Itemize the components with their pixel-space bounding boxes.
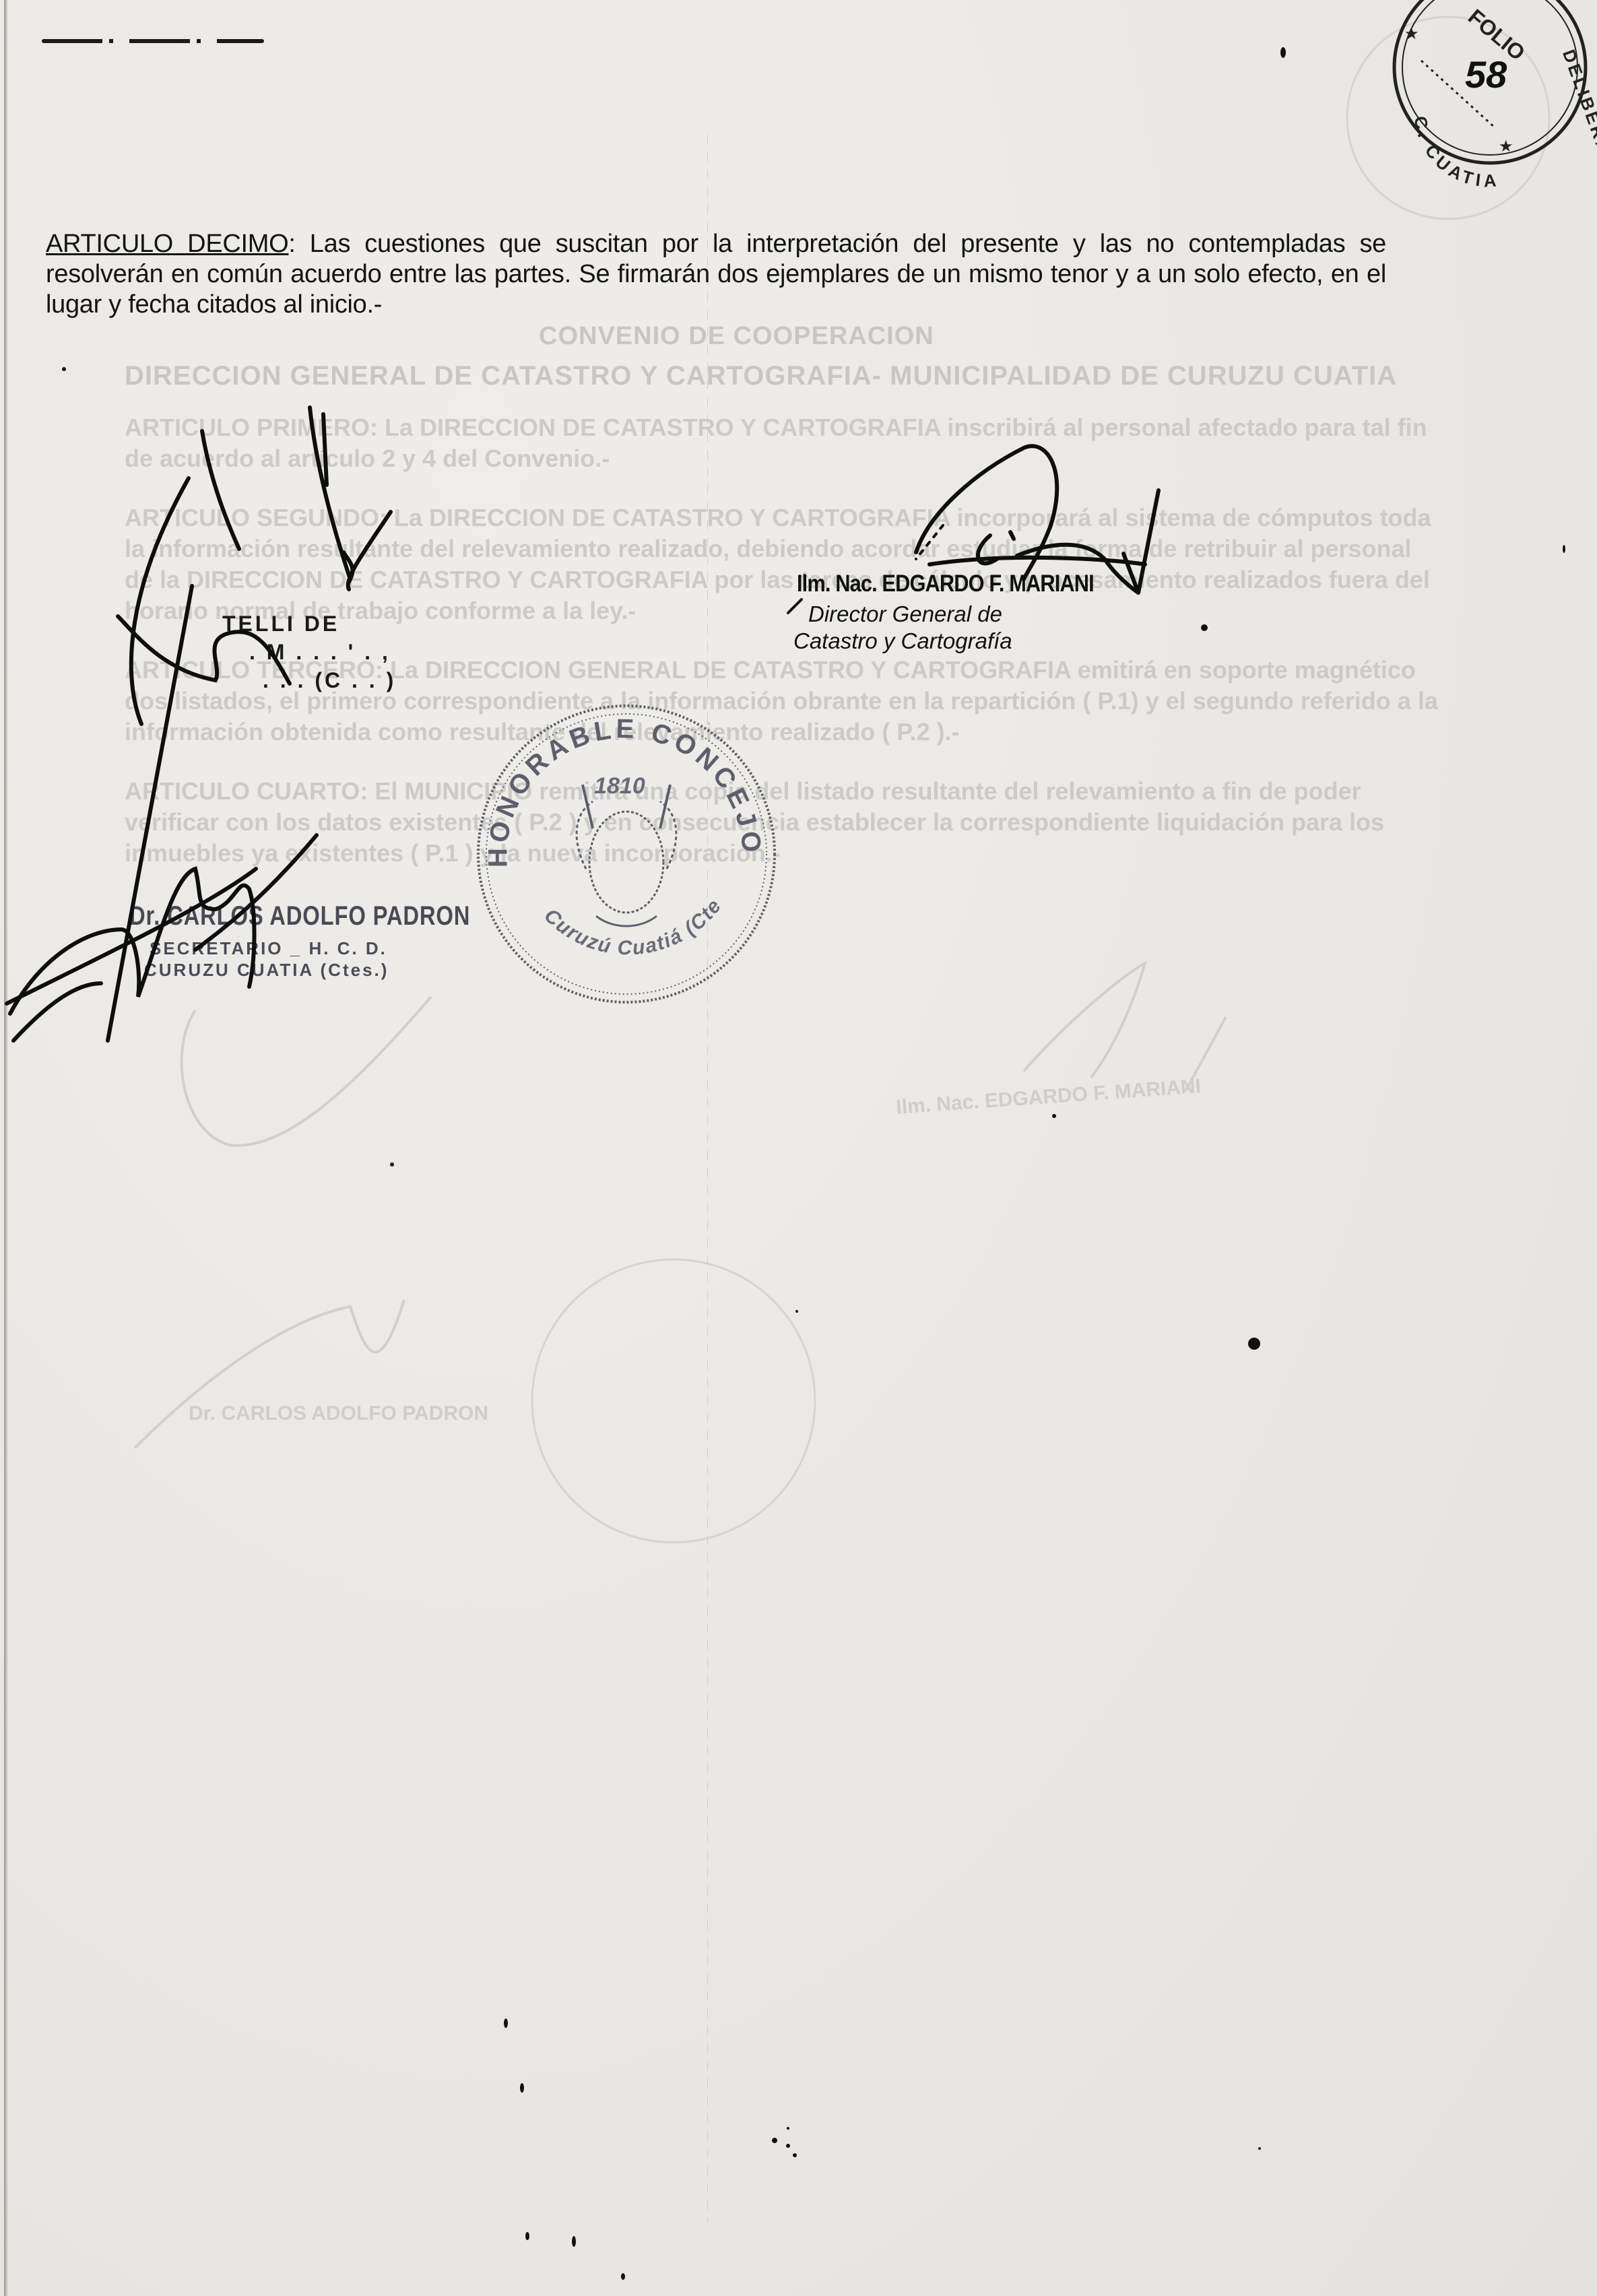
star-icon: ★: [1499, 137, 1513, 156]
faded-stamp-line: . . . (C . . ): [222, 666, 396, 694]
star-icon: ★: [1404, 25, 1419, 43]
bleed-through-title: CONVENIO DE COOPERACION: [539, 322, 934, 351]
signatory-role-mariani: Director General de: [808, 601, 1002, 627]
bleed-through-stamp-right: Ilm. Nac. EDGARDO F. MARIANI: [895, 1074, 1202, 1121]
bleed-through-subtitle: DIRECCION GENERAL DE CATASTRO Y CARTOGRA…: [125, 361, 1397, 391]
signatory-city-padron: CURUZU CUATIA (Ctes.): [144, 960, 389, 981]
folio-stamp: [1394, 0, 1586, 163]
article-heading: ARTICULO DECIMO: [46, 230, 288, 258]
bleed-through-paragraph: ARTICULO PRIMERO: La DIRECCION DE CATAST…: [125, 412, 1438, 474]
folio-label: FOLIO: [1464, 4, 1530, 65]
bleed-through-paragraph: ARTICULO SEGUNDO: La DIRECCION DE CATAST…: [125, 502, 1438, 626]
top-rule-line: [42, 39, 264, 43]
bleed-through-paragraph: ARTICULO CUARTO: El MUNICIPIO remitirá u…: [125, 776, 1438, 869]
bleed-through-signatures: [135, 963, 1226, 1448]
faded-stamp-line: . M . . . ' . ,: [222, 638, 396, 666]
faded-signature-stamp: TELLI DE . M . . . ' . , . . . (C . . ): [222, 610, 396, 694]
signatory-name-mariani: Ilm. Nac. EDGARDO F. MARIANI: [797, 570, 1094, 597]
article-decimo: ARTICULO DECIMO: Las cuestiones que susc…: [46, 229, 1386, 320]
folio-bottom-text: C. CUATIA: [1410, 114, 1501, 191]
bleed-through-stamp-left: Dr. CARLOS ADOLFO PADRON: [189, 1401, 488, 1426]
folio-number: 58: [1465, 53, 1507, 96]
scanned-page: CONVENIO DE COOPERACION DIRECCION GENERA…: [0, 0, 1597, 2296]
signatory-department-mariani: Catastro y Cartografía: [793, 628, 1012, 654]
page-edge-shadow: [4, 0, 8, 2296]
folio-arc-text: DELIBERANTE: [1559, 47, 1597, 199]
faded-stamp-line: TELLI DE: [222, 610, 396, 638]
signatory-name-padron: Dr. CARLOS ADOLFO PADRON: [129, 901, 470, 931]
signatory-role-padron: SECRETARIO _ H. C. D.: [150, 938, 387, 959]
